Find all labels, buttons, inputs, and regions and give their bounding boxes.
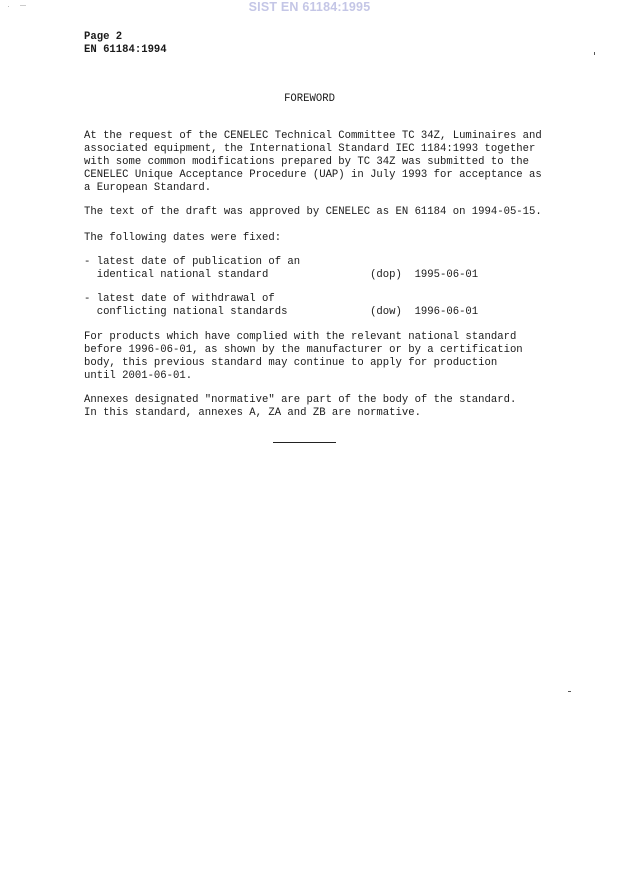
date-item-dop: - latest date of publication of an ident… bbox=[84, 256, 478, 282]
date-item-dow: - latest date of withdrawal of conflicti… bbox=[84, 293, 478, 319]
end-rule-divider bbox=[273, 442, 336, 443]
watermark: SIST EN 61184:1995 bbox=[0, 0, 619, 14]
scan-artifact bbox=[20, 5, 26, 6]
paragraph-annexes: Annexes designated "normative" are part … bbox=[84, 394, 516, 420]
scan-artifact bbox=[594, 52, 595, 55]
section-title: FOREWORD bbox=[284, 93, 335, 105]
page-header: Page 2 EN 61184:1994 bbox=[84, 31, 167, 56]
scan-artifact bbox=[8, 6, 9, 7]
page-number: Page 2 bbox=[84, 31, 122, 43]
paragraph-transition: For products which have complied with th… bbox=[84, 331, 523, 383]
section-title-container: FOREWORD bbox=[0, 93, 619, 105]
paragraph-dates-intro: The following dates were fixed: bbox=[84, 232, 281, 245]
standard-number: EN 61184:1994 bbox=[84, 44, 167, 56]
scan-artifact bbox=[568, 691, 571, 692]
paragraph-approval: The text of the draft was approved by CE… bbox=[84, 206, 542, 219]
paragraph-request: At the request of the CENELEC Technical … bbox=[84, 130, 542, 195]
